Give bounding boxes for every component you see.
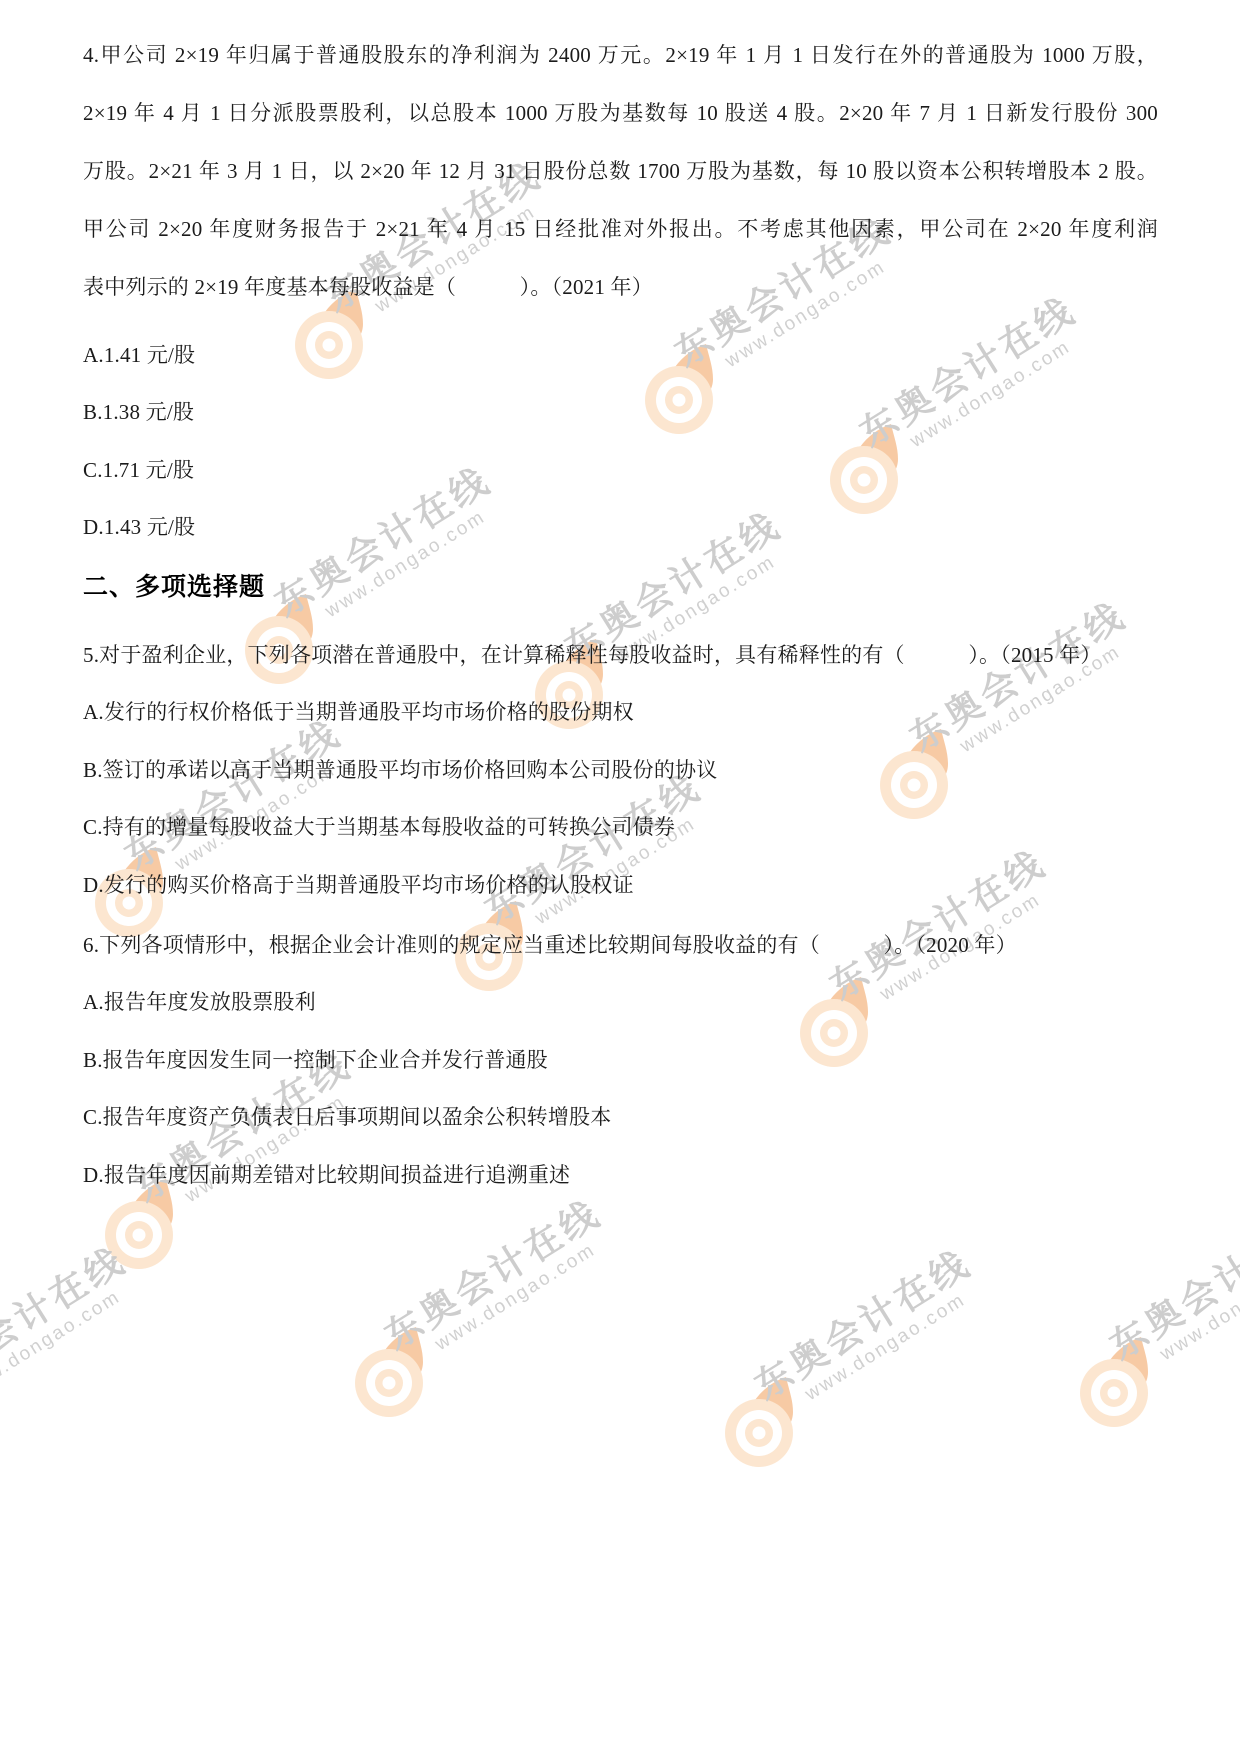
watermark-cluster: 东奥会计在线 www.dongao.com xyxy=(1080,1248,1240,1466)
question5-option-c: C.持有的增量每股收益大于当期基本每股收益的可转换公司债券 xyxy=(83,811,1158,843)
watermark-brand: 东奥会计在线 xyxy=(1103,1182,1240,1367)
question4-line-5: 表中列示的 2×19 年度基本每股收益是（ ）。（2021 年） xyxy=(83,271,1158,303)
watermark-cluster: 东奥会计在线 www.dongao.com xyxy=(725,1288,1070,1506)
question6-option-b: B.报告年度因发生同一控制下企业合并发行普通股 xyxy=(83,1044,1158,1076)
question6-option-c: C.报告年度资产负债表日后事项期间以盈余公积转增股本 xyxy=(83,1101,1158,1133)
watermark-brand: 东奥会计在线 xyxy=(748,1222,1011,1407)
watermark-url: www.dongao.com xyxy=(172,726,393,876)
watermark-brand: 东奥会计在线 xyxy=(378,1172,641,1357)
document-page: 东奥会计在线 www.dongao.com 东奥会计在线 www.dongao.… xyxy=(0,0,1240,1753)
question4-option-a: A.1.41 元/股 xyxy=(83,339,1158,371)
watermark-url: www.dongao.com xyxy=(957,608,1178,758)
dongao-logo-icon xyxy=(725,1374,799,1472)
question5-option-d: D.发行的购买价格高于当期普通股平均市场价格的认股权证 xyxy=(83,869,1158,901)
watermark-url: www.dongao.com xyxy=(1157,1216,1240,1366)
question6-option-a: A.报告年度发放股票股利 xyxy=(83,986,1158,1018)
section-header-multiple-choice: 二、多项选择题 xyxy=(83,571,265,603)
watermark-text: 东奥会计在线 www.dongao.com xyxy=(0,1219,178,1423)
question6-option-d: D.报告年度因前期差错对比较期间损益进行追溯重述 xyxy=(83,1159,1158,1191)
watermark-brand: 东奥会计在线 xyxy=(0,1219,166,1404)
watermark-brand: 东奥会计在线 xyxy=(823,822,1086,1007)
watermark-text: 东奥会计在线 www.dongao.com xyxy=(748,1222,1023,1426)
question4-option-c: C.1.71 元/股 xyxy=(83,454,1158,486)
question5-stem: 5.对于盈利企业，下列各项潜在普通股中，在计算稀释性每股收益时，具有稀释性的有（… xyxy=(83,639,1158,671)
question4-option-b: B.1.38 元/股 xyxy=(83,396,1158,428)
question5-option-b: B.签订的承诺以高于当期普通股平均市场价格回购本公司股份的协议 xyxy=(83,754,1158,786)
watermark-cluster: 东奥会计在线 www.dongao.com xyxy=(355,1238,700,1456)
watermark-url: www.dongao.com xyxy=(802,1256,1023,1406)
watermark-cluster: 东奥会计在线 www.dongao.com xyxy=(0,1285,225,1503)
question4-line-3: 万股。2×21 年 3 月 1 日，以 2×20 年 12 月 31 日股份总数… xyxy=(83,155,1158,187)
question4-line-2: 2×19 年 4 月 1 日分派股票股利，以总股本 1000 万股为基数每 10… xyxy=(83,97,1158,129)
question4-line-1: 4.甲公司 2×19 年归属于普通股股东的净利润为 2400 万元。2×19 年… xyxy=(83,39,1158,71)
watermark-url: www.dongao.com xyxy=(532,780,753,930)
watermark-text: 东奥会计在线 www.dongao.com xyxy=(1103,1182,1240,1386)
question5-option-a: A.发行的行权价格低于当期普通股平均市场价格的股份期权 xyxy=(83,696,1158,728)
watermark-url: www.dongao.com xyxy=(322,473,543,623)
watermark-text: 东奥会计在线 www.dongao.com xyxy=(903,574,1178,778)
watermark-text: 东奥会计在线 www.dongao.com xyxy=(378,1172,653,1376)
question6-stem: 6.下列各项情形中，根据企业会计准则的规定应当重述比较期间每股收益的有（ ）。（… xyxy=(83,929,1158,961)
watermark-url: www.dongao.com xyxy=(0,1253,178,1403)
dongao-logo-icon xyxy=(355,1324,429,1422)
question4-line-4: 甲公司 2×20 年度财务报告于 2×21 年 4 月 15 日经批准对外报出。… xyxy=(83,213,1158,245)
question4-option-d: D.1.43 元/股 xyxy=(83,511,1158,543)
dongao-logo-icon xyxy=(1080,1334,1154,1432)
watermark-url: www.dongao.com xyxy=(907,303,1128,453)
watermark-url: www.dongao.com xyxy=(432,1206,653,1356)
